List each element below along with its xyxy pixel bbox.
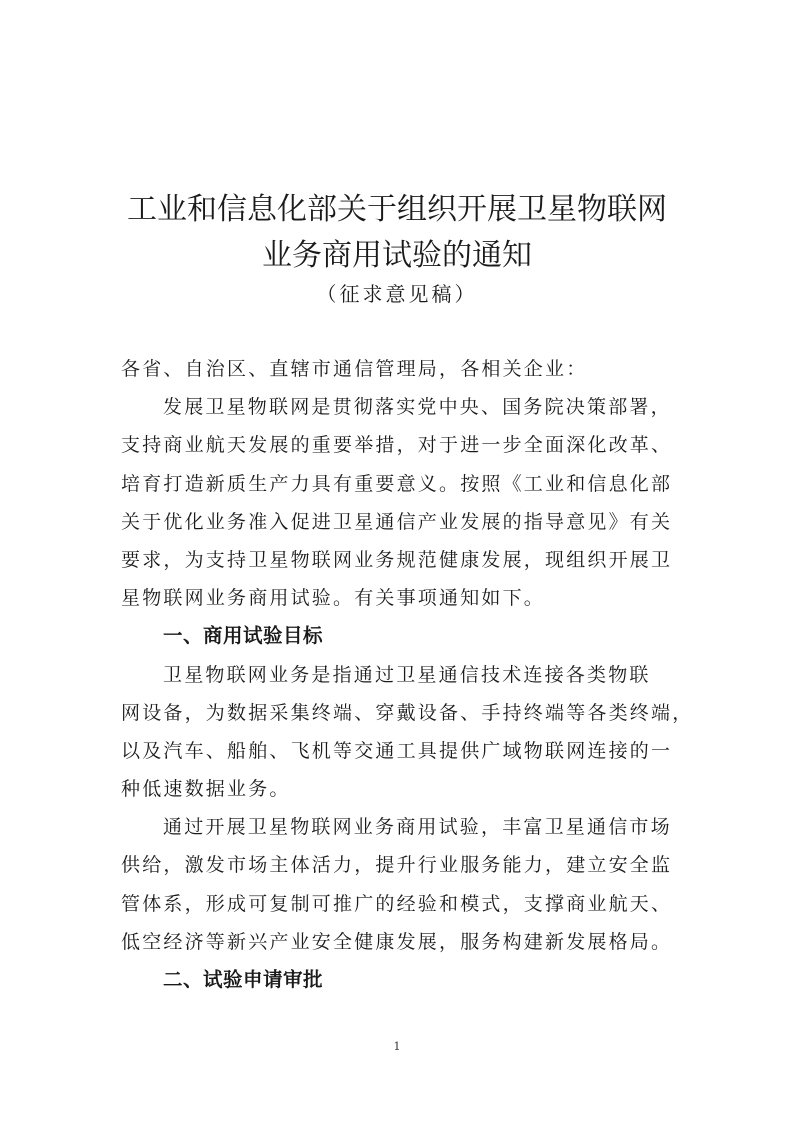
paragraph-definition: 卫星物联网业务是指通过卫星通信技术连接各类物联 网设备，为数据采集终端、穿戴设备… — [121, 656, 681, 809]
paragraph-line: 管体系，形成可复制可推广的经验和模式，支撑商业航天、 — [121, 885, 681, 923]
document-page: 工业和信息化部关于组织开展卫星物联网 业务商用试验的通知 （征求意见稿） 各省、… — [0, 0, 794, 1123]
document-title-line-2: 业务商用试验的通知 — [0, 236, 794, 276]
section-heading-1: 一、商用试验目标 — [121, 617, 681, 655]
page-number: 1 — [0, 1040, 794, 1053]
paragraph-goals: 通过开展卫星物联网业务商用试验，丰富卫星通信市场 供给，激发市场主体活力，提升行… — [121, 808, 681, 961]
document-subtitle: （征求意见稿） — [0, 280, 794, 308]
salutation: 各省、自治区、直辖市通信管理局，各相关企业： — [121, 350, 681, 388]
paragraph-line: 关于优化业务准入促进卫星通信产业发展的指导意见》有关 — [121, 503, 681, 541]
paragraph-line: 支持商业航天发展的重要举措，对于进一步全面深化改革、 — [121, 426, 681, 464]
paragraph-line: 网设备，为数据采集终端、穿戴设备、手持终端等各类终端， — [121, 694, 681, 732]
paragraph-line: 星物联网业务商用试验。有关事项通知如下。 — [121, 579, 681, 617]
paragraph-line: 发展卫星物联网是贯彻落实党中央、国务院决策部署， — [121, 388, 681, 426]
section-heading-2: 二、试验申请审批 — [121, 961, 681, 999]
paragraph-line: 卫星物联网业务是指通过卫星通信技术连接各类物联 — [121, 656, 681, 694]
paragraph-line: 供给，激发市场主体活力，提升行业服务能力，建立安全监 — [121, 846, 681, 884]
paragraph-line: 以及汽车、船舶、飞机等交通工具提供广域物联网连接的一 — [121, 732, 681, 770]
paragraph-line: 通过开展卫星物联网业务商用试验，丰富卫星通信市场 — [121, 808, 681, 846]
document-body: 各省、自治区、直辖市通信管理局，各相关企业： 发展卫星物联网是贯彻落实党中央、国… — [121, 350, 681, 999]
paragraph-line: 种低速数据业务。 — [121, 770, 681, 808]
paragraph-line: 要求，为支持卫星物联网业务规范健康发展，现组织开展卫 — [121, 541, 681, 579]
document-title-line-1: 工业和信息化部关于组织开展卫星物联网 — [0, 190, 794, 230]
paragraph-line: 培育打造新质生产力具有重要意义。按照《工业和信息化部 — [121, 465, 681, 503]
paragraph-intro: 发展卫星物联网是贯彻落实党中央、国务院决策部署， 支持商业航天发展的重要举措，对… — [121, 388, 681, 617]
paragraph-line: 低空经济等新兴产业安全健康发展，服务构建新发展格局。 — [121, 923, 681, 961]
